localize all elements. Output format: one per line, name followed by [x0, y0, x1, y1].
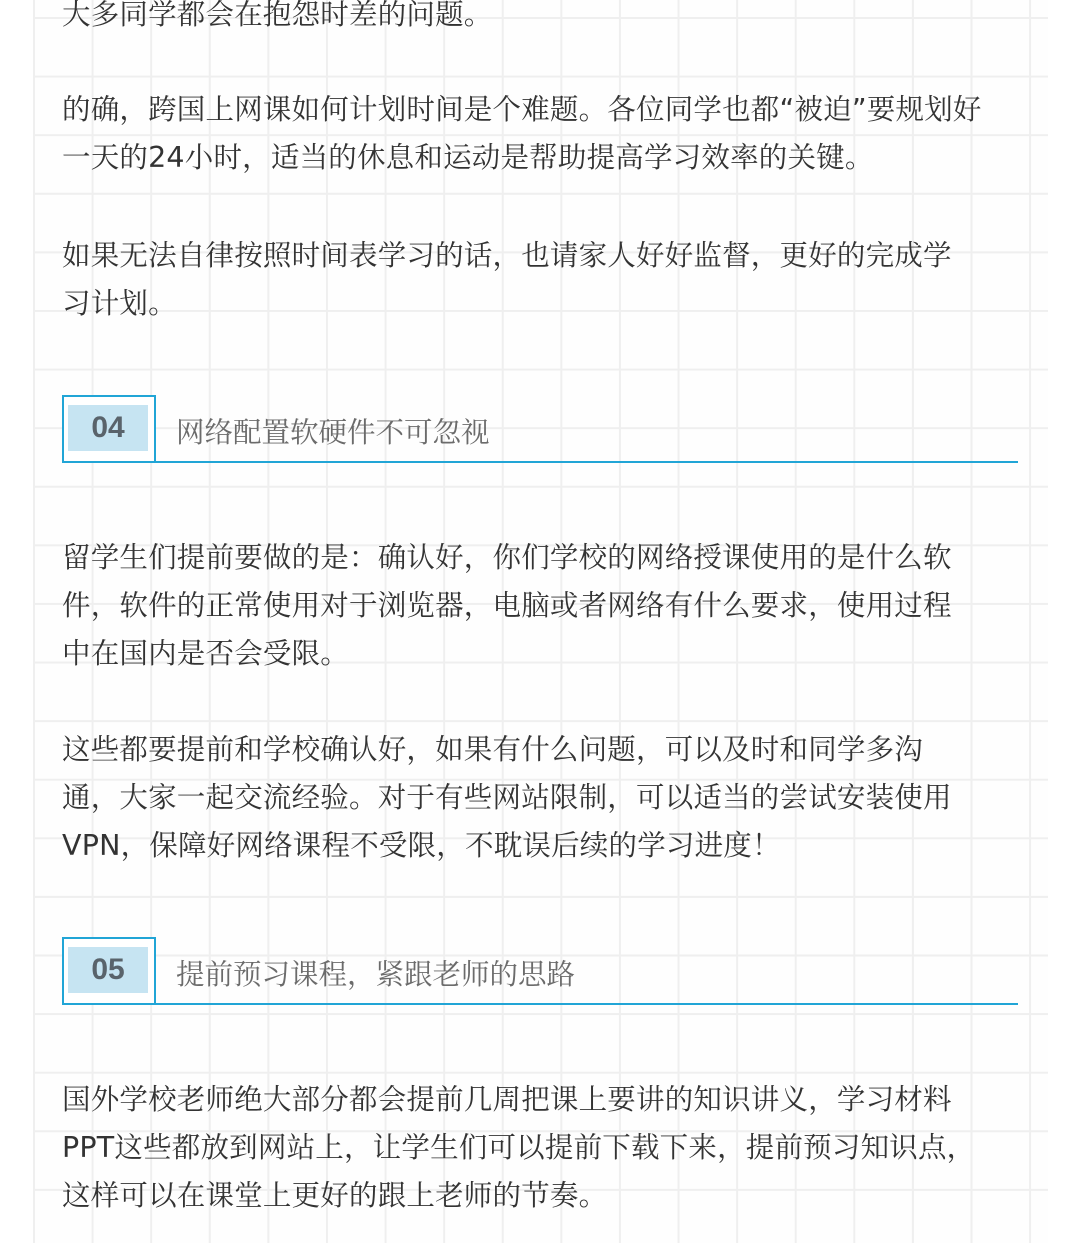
- paragraph-time-planning: 的确，跨国上网课如何计划时间是个难题。各位同学也都“被迫”要规划好 一天的24小…: [62, 86, 1022, 182]
- section-underline: [154, 461, 1018, 463]
- paragraph-family-supervision: 如果无法自律按照时间表学习的话，也请家人好好监督，更好的完成学 习计划。: [62, 232, 1022, 328]
- section-header-05: 05 提前预习课程，紧跟老师的思路: [62, 937, 1018, 1005]
- paragraph-timezone-complaint: 大多同学都会在抱怨时差的问题。: [62, 0, 1022, 39]
- section-number-box: 05: [62, 937, 156, 1005]
- section-title: 提前预习课程，紧跟老师的思路: [176, 955, 575, 995]
- section-number-box: 04: [62, 395, 156, 463]
- section-underline: [154, 1003, 1018, 1005]
- paragraph-confirm-with-school: 这些都要提前和学校确认好，如果有什么问题，可以及时和同学多沟 通，大家一起交流经…: [62, 726, 1022, 870]
- section-header-04: 04 网络配置软硬件不可忽视: [62, 395, 1018, 463]
- paragraph-network-software: 留学生们提前要做的是：确认好，你们学校的网络授课使用的是什么软 件，软件的正常使…: [62, 534, 1022, 678]
- section-number: 04: [68, 405, 148, 451]
- section-title: 网络配置软硬件不可忽视: [176, 413, 490, 453]
- section-number: 05: [68, 947, 148, 993]
- paragraph-preview-courses: 国外学校老师绝大部分都会提前几周把课上要讲的知识讲义，学习材料 PPT这些都放到…: [62, 1076, 1022, 1220]
